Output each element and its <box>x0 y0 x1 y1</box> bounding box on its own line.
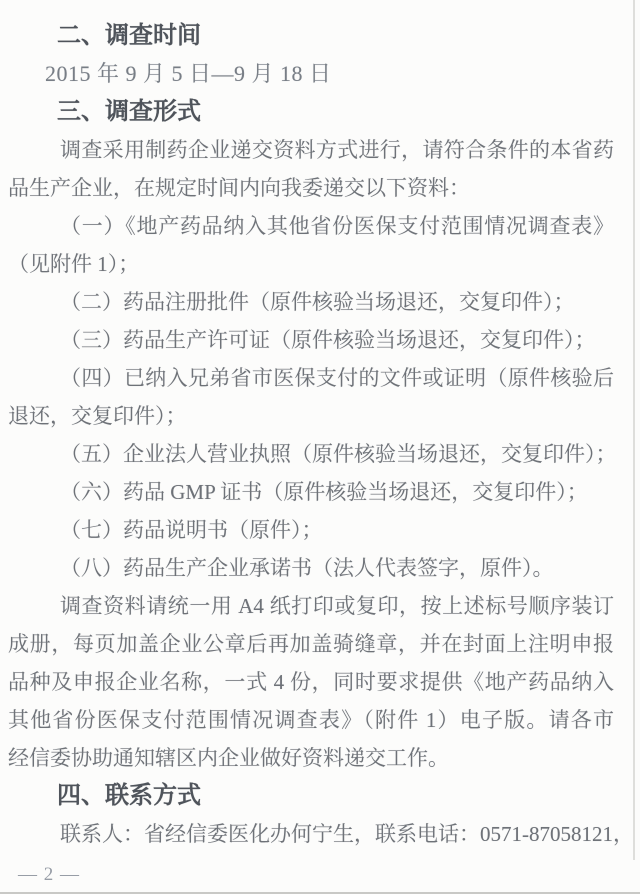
item-6-line: （六）药品 GMP 证书（原件核验当场退还，交复印件）； <box>8 473 614 511</box>
para-binding-line-4: 其他省份医保支付范围情况调查表》（附件 1）电子版。请各市 <box>8 701 614 739</box>
section-4-heading: 四、联系方式 <box>8 777 614 815</box>
para-binding-line-1: 调查资料请统一用 A4 纸打印或复印，按上述标号顺序装订 <box>8 587 614 625</box>
item-1-line-2: （见附件 1）； <box>8 245 614 283</box>
para-survey-method-line-2: 品生产企业，在规定时间内向我委递交以下资料： <box>8 169 614 207</box>
item-1-line-1: （一）《地产药品纳入其他省份医保支付范围情况调查表》 <box>8 207 614 245</box>
section-3-heading: 三、调查形式 <box>8 93 614 131</box>
section-2-heading: 二、调查时间 <box>8 17 614 55</box>
item-4-line-1: （四）已纳入兄弟省市医保支付的文件或证明（原件核验后 <box>8 359 614 397</box>
page-number: — 2 — <box>18 864 80 886</box>
document-body: 二、调查时间2015 年 9 月 5 日—9 月 18 日三、调查形式调查采用制… <box>8 17 614 853</box>
scan-artifact-right-edge <box>633 0 635 860</box>
survey-date: 2015 年 9 月 5 日—9 月 18 日 <box>8 55 614 93</box>
contact-info-line: 联系人：省经信委医化办何宁生，联系电话：0571-87058121， <box>8 815 614 853</box>
item-2-line: （二）药品注册批件（原件核验当场退还，交复印件）； <box>8 283 614 321</box>
item-8-line: （八）药品生产企业承诺书（法人代表签字，原件）。 <box>8 549 614 587</box>
item-5-line: （五）企业法人营业执照（原件核验当场退还，交复印件）； <box>8 435 614 473</box>
item-4-line-2: 退还，交复印件）； <box>8 397 614 435</box>
document-page: 二、调查时间2015 年 9 月 5 日—9 月 18 日三、调查形式调查采用制… <box>0 0 640 894</box>
item-7-line: （七）药品说明书（原件）； <box>8 511 614 549</box>
para-survey-method-line-1: 调查采用制药企业递交资料方式进行，请符合条件的本省药 <box>8 131 614 169</box>
item-3-line: （三）药品生产许可证（原件核验当场退还，交复印件）； <box>8 321 614 359</box>
para-binding-line-5: 经信委协助通知辖区内企业做好资料递交工作。 <box>8 739 614 777</box>
para-binding-line-3: 品种及申报企业名称，一式 4 份，同时要求提供《地产药品纳入 <box>8 663 614 701</box>
para-binding-line-2: 成册，每页加盖企业公章后再加盖骑缝章，并在封面上注明申报 <box>8 625 614 663</box>
